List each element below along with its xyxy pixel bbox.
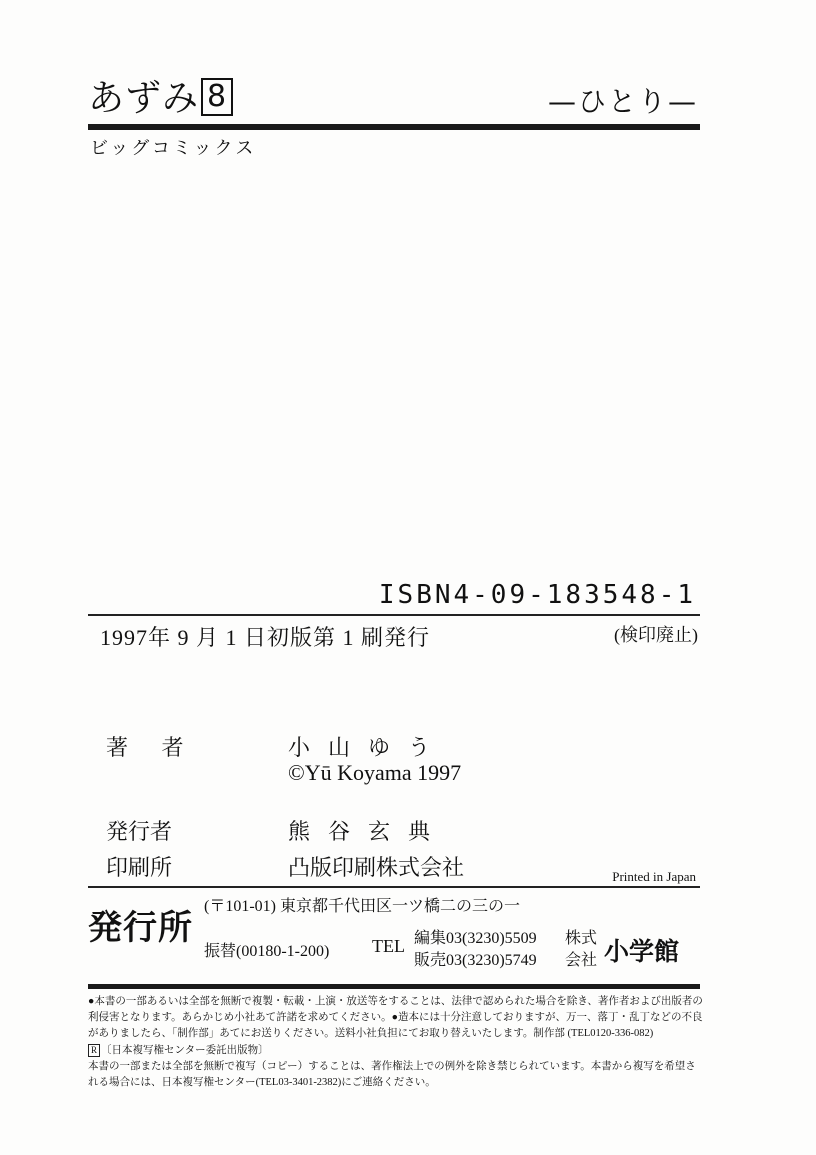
copyright: ©Yū Koyama 1997 xyxy=(288,760,461,786)
title-text: あずみ xyxy=(88,78,199,119)
notice-line: 本書の一部または全部を無断で複写（コピー）することは、著作権法上での例外を除き禁… xyxy=(88,1059,703,1075)
corp-top: 株式 xyxy=(565,928,597,950)
publisher-name: 熊谷玄典 xyxy=(288,815,448,846)
transfer-account: 振替(00180-1-200) xyxy=(204,938,329,961)
notice-line: R〔日本複写権センター委託出版物〕 xyxy=(88,1043,703,1059)
edition-date: 1997年 9 月 1 日初版第 1 刷発行 xyxy=(100,621,430,652)
isbn-rule xyxy=(88,614,700,616)
printer-name: 凸版印刷株式会社 xyxy=(288,851,464,882)
tel-sales: 販売03(3230)5749 xyxy=(414,950,537,972)
author-label: 著 者 xyxy=(106,731,198,762)
phone-numbers: 編集03(3230)5509 販売03(3230)5749 xyxy=(414,928,537,972)
series-name: ビッグコミックス xyxy=(90,134,256,160)
author-name: 小山ゆう xyxy=(288,731,448,762)
notice-line: れる場合には、日本複写権センター(TEL03-3401-2382)にご連絡くださ… xyxy=(88,1075,703,1091)
header-rule xyxy=(88,124,700,130)
tel-editorial: 編集03(3230)5509 xyxy=(414,928,537,950)
notice-line: ●本書の一部あるいは全部を無断で複製・転載・上演・放送等をすることは、法律で認め… xyxy=(88,994,703,1010)
corp-bottom: 会社 xyxy=(565,950,597,972)
tel-label: TEL xyxy=(372,936,405,957)
corporation-type: 株式 会社 xyxy=(565,928,597,972)
notice-line: がありましたら、「制作部」あてにお送りください。送料小社負担にてお取り替えいたし… xyxy=(88,1026,703,1042)
publisher-heading: 発行所 xyxy=(88,900,193,949)
printer-label: 印刷所 xyxy=(106,851,172,882)
volume-number-box: 8 xyxy=(201,78,233,116)
notice-line: 利侵害となります。あらかじめ小社あて許諾を求めてください。●造本には十分注意して… xyxy=(88,1010,703,1026)
publisher-label: 発行者 xyxy=(106,815,172,846)
isbn: ISBN4-09-183548-1 xyxy=(379,580,696,610)
publisher-address: (〒101-01) 東京都千代田区一ツ橋二の三の一 xyxy=(204,893,520,916)
seal-notice: (検印廃止) xyxy=(614,621,698,647)
r-mark-icon: R xyxy=(88,1044,100,1057)
legal-notices: ●本書の一部あるいは全部を無断で複製・転載・上演・放送等をすることは、法律で認め… xyxy=(88,994,703,1091)
book-title: あずみ8 xyxy=(88,70,233,121)
publisher-rule xyxy=(88,886,700,888)
notice-rule xyxy=(88,984,700,989)
volume-subtitle: —ひとり— xyxy=(548,80,698,120)
company-name: 小学館 xyxy=(604,932,679,968)
printed-in-japan: Printed in Japan xyxy=(612,869,696,885)
